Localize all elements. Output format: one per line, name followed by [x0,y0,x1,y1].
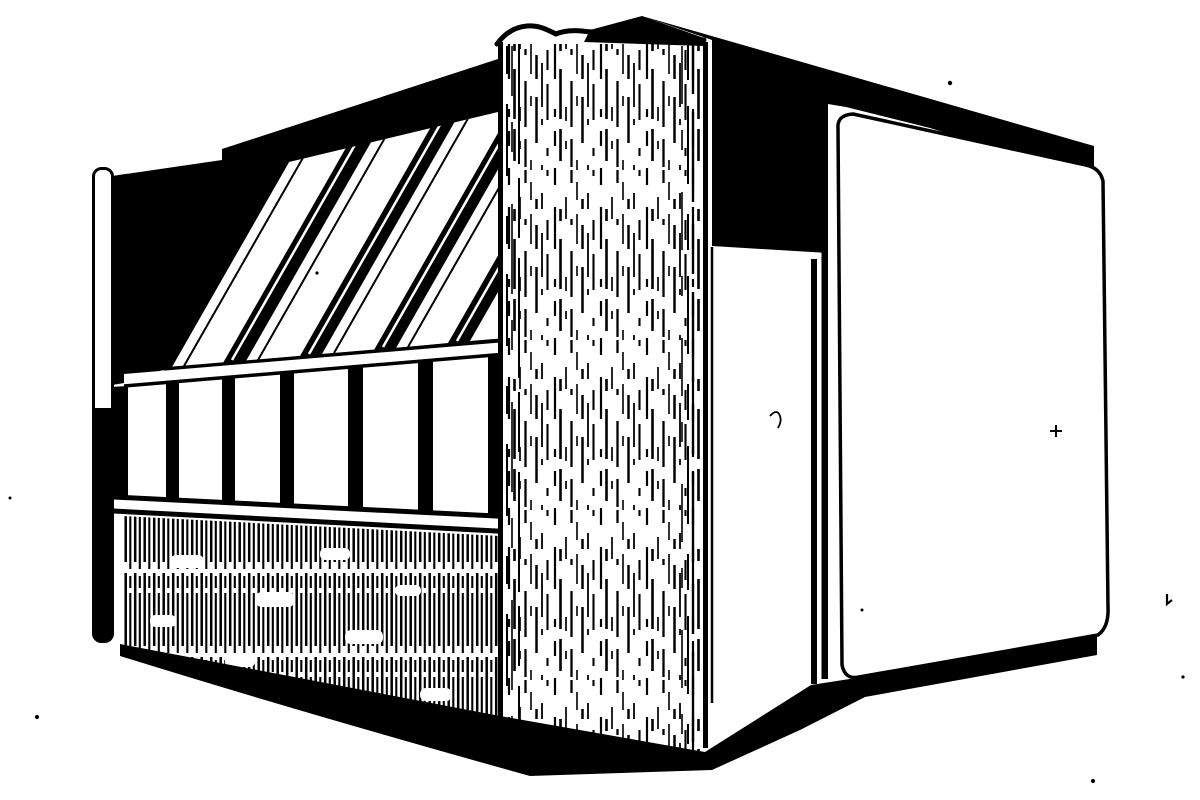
wall-panel-large [838,114,1108,678]
ink-speck [315,271,318,274]
window-mullion [348,365,363,509]
ink-speck [35,715,39,719]
corner-column: Corner pier [494,10,712,752]
column-right-edge [703,40,708,748]
edge-wall-strip [94,169,113,643]
ink-speck [1091,779,1095,783]
column-left-edge [498,36,503,750]
building-illustration: Sloped glazed facade [0,0,1200,800]
ink-speck [861,609,864,612]
window-mullion [166,381,179,500]
ink-speck [9,497,12,500]
window-mullion [222,377,235,503]
ink-speck [948,81,952,85]
column-texture [498,44,708,752]
window-mullion [418,359,433,513]
wall-panel-narrow [712,247,811,703]
window-mullion [280,371,294,506]
ink-speck [1181,675,1184,678]
illustration-page: Sloped glazed facade [0,0,1200,800]
